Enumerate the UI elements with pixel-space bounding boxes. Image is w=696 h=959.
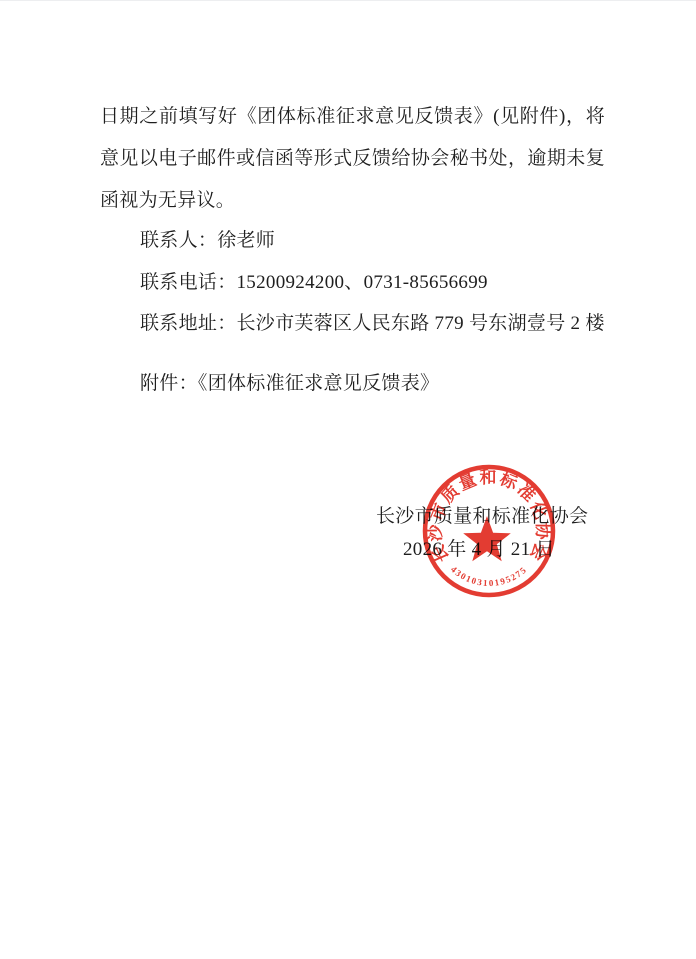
contact-phone-line: 联系电话：15200924200、0731-85656699	[140, 271, 488, 295]
body-line-2: 意见以电子邮件或信函等形式反馈给协会秘书处，逾期未复	[100, 147, 605, 171]
body-line-3: 函视为无异议。	[100, 189, 235, 213]
attachment-line: 附件：《团体标准征求意见反馈表》	[140, 372, 439, 396]
body-line-1: 日期之前填写好《团体标准征求意见反馈表》(见附件)，将	[100, 105, 605, 129]
document-page: 日期之前填写好《团体标准征求意见反馈表》(见附件)，将 意见以电子邮件或信函等形…	[0, 0, 696, 959]
seal-star-icon	[463, 516, 511, 561]
svg-text:43010310195275: 43010310195275	[449, 564, 529, 588]
seal-code: 43010310195275	[449, 564, 529, 588]
official-seal: 长沙市质量和标准化协会 43010310195275	[409, 451, 569, 611]
contact-address-line: 联系地址：长沙市芙蓉区人民东路 779 号东湖壹号 2 楼	[140, 312, 605, 336]
contact-person-line: 联系人：徐老师	[140, 229, 275, 253]
